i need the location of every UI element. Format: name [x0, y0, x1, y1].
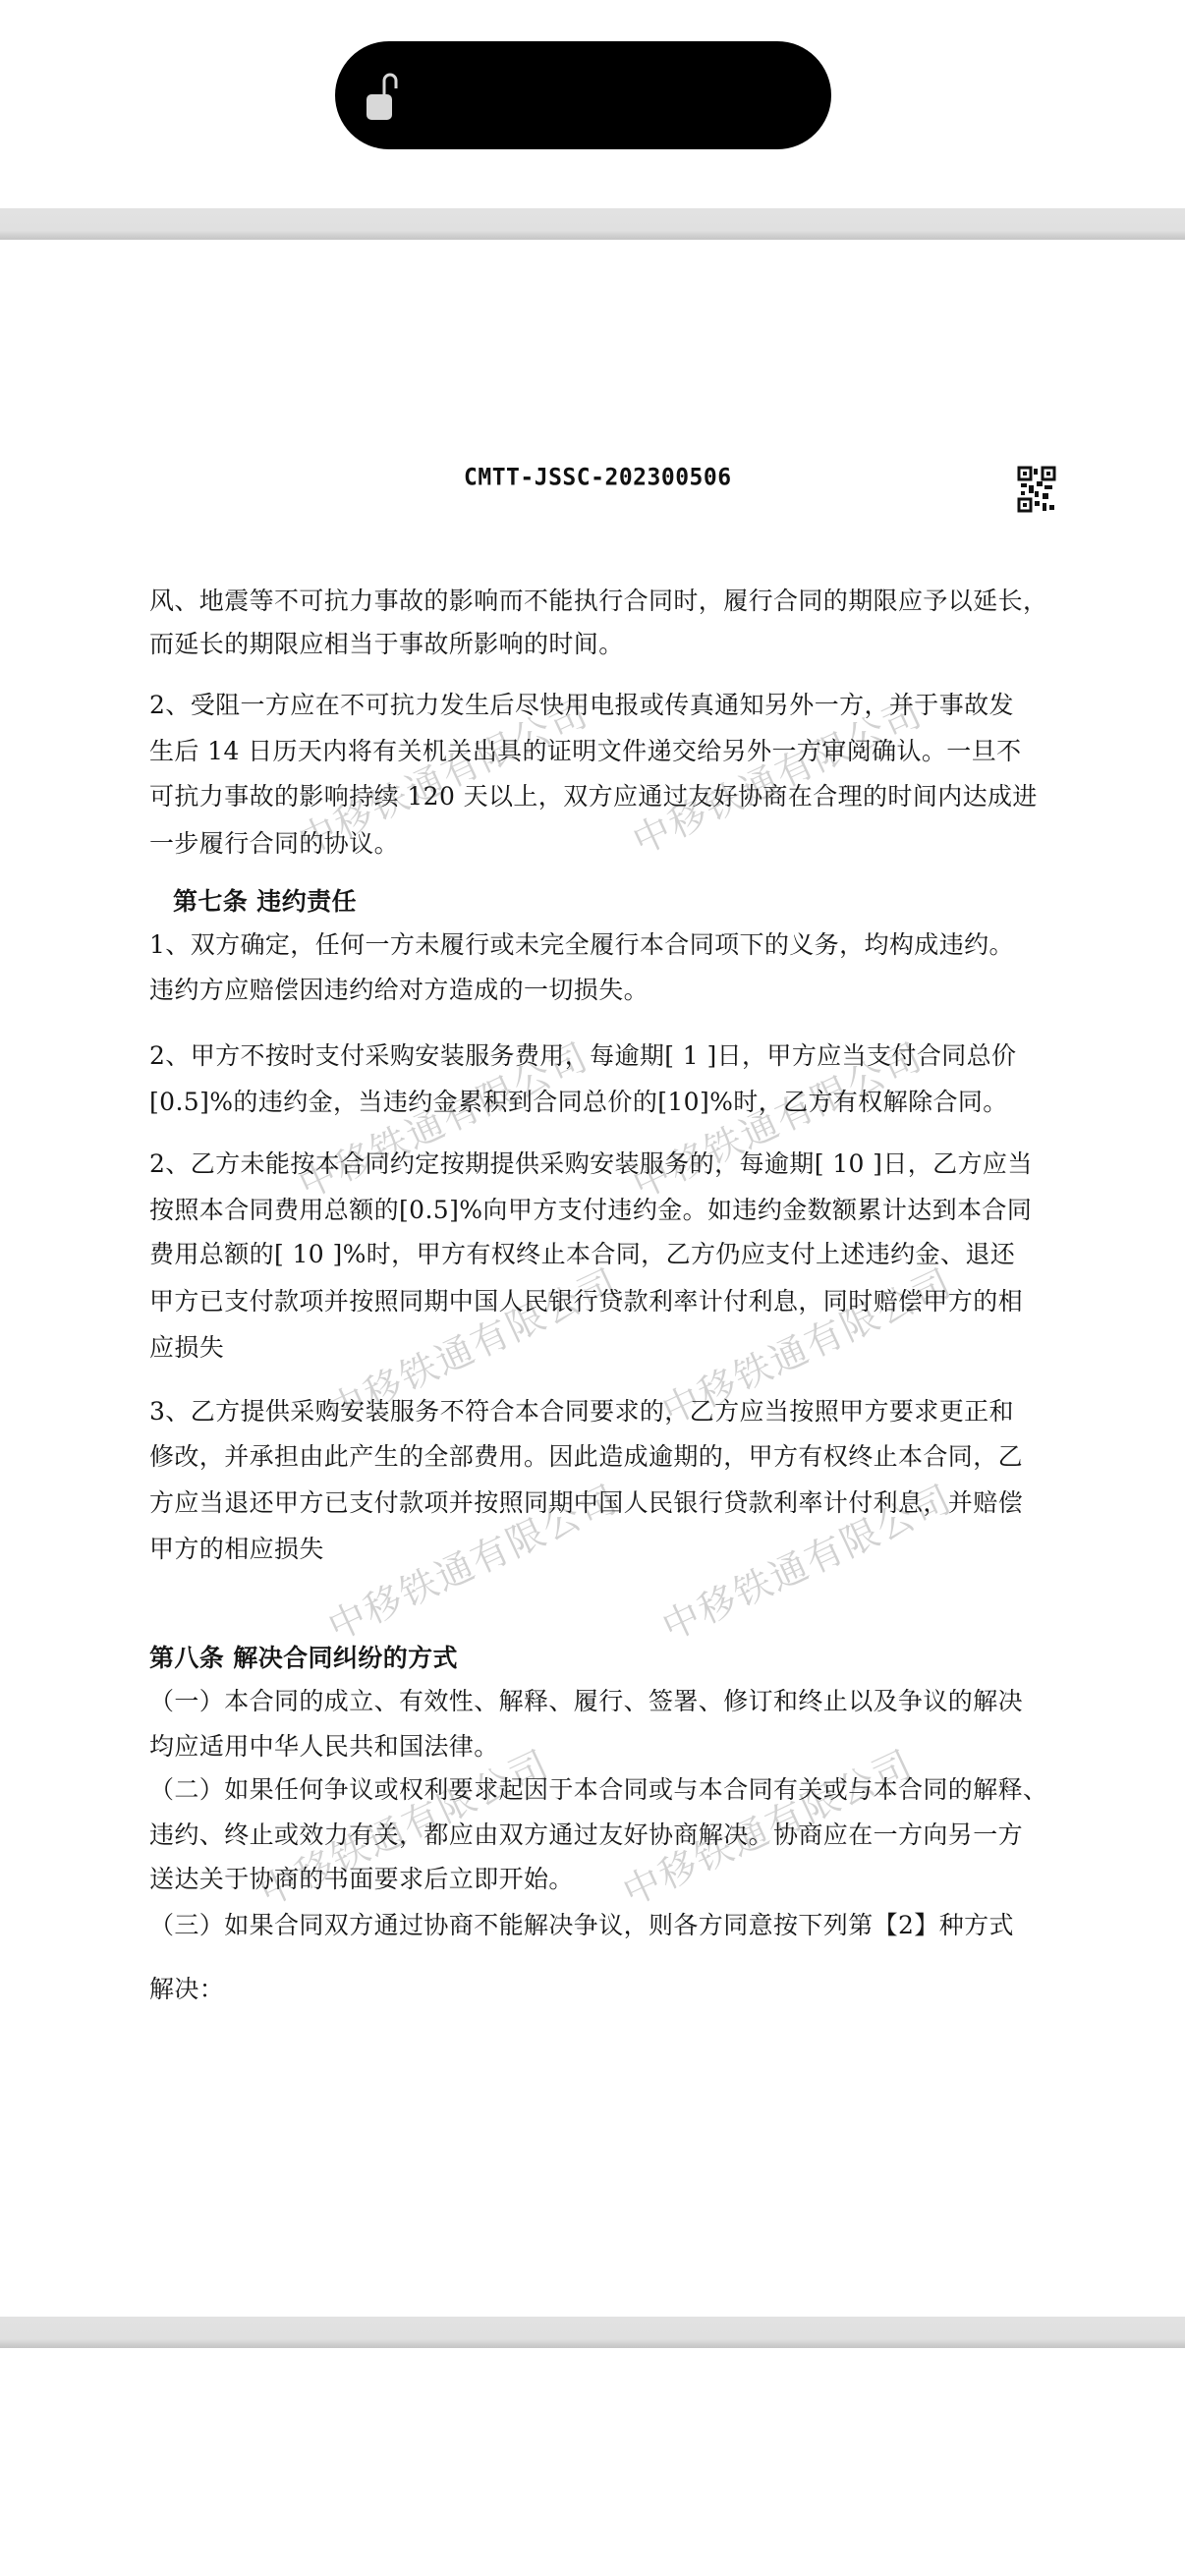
- body-line: 一步履行合同的协议。: [149, 828, 399, 860]
- body-line: 方应当退还甲方已支付款项并按照同期中国人民银行贷款利率计付利息，并赔偿: [149, 1487, 1023, 1519]
- document-code: CMTT-JSSC-202300506: [464, 464, 732, 490]
- body-line: （一）本合同的成立、有效性、解释、履行、签署、修订和终止以及争议的解决: [149, 1686, 1023, 1717]
- body-line: 送达关于协商的书面要求后立即开始。: [149, 1864, 574, 1895]
- body-line: 修改，并承担由此产生的全部费用。因此造成逾期的，甲方有权终止本合同，乙: [149, 1441, 1023, 1473]
- body-line: 甲方已支付款项并按照同期中国人民银行贷款利率计付利息，同时赔偿甲方的相: [149, 1286, 1023, 1317]
- body-line: 2、受阻一方应在不可抗力发生后尽快用电报或传真通知另外一方，并于事故发: [149, 690, 1014, 721]
- body-line: 2、甲方不按时支付采购安装服务费用，每逾期[ 1 ]日，甲方应当支付合同总价: [149, 1040, 1016, 1072]
- body-line: 2、乙方未能按本合同约定按期提供采购安装服务的，每逾期[ 10 ]日，乙方应当: [149, 1148, 1033, 1180]
- qr-code-icon: [1017, 466, 1056, 515]
- section-heading-article-7: 第七条 违约责任: [173, 886, 357, 918]
- body-line: 应损失: [149, 1332, 224, 1364]
- body-line: 解决：: [149, 1974, 224, 2005]
- dynamic-island: [335, 41, 831, 149]
- body-line: 生后 14 日历天内将有关机关出具的证明文件递交给另外一方审阅确认。一旦不: [149, 736, 1022, 767]
- body-line: 风、地震等不可抗力事故的影响而不能执行合同时，履行合同的期限应予以延长，: [149, 586, 1047, 617]
- body-line: 按照本合同费用总额的[0.5]%向甲方支付违约金。如违约金数额累计达到本合同: [149, 1195, 1032, 1226]
- page-separator-bottom: [0, 2317, 1185, 2348]
- body-line: （三）如果合同双方通过协商不能解决争议，则各方同意按下列第【2】种方式: [149, 1910, 1014, 1941]
- body-line: 1、双方确定，任何一方未履行或未完全履行本合同项下的义务，均构成违约。: [149, 929, 1014, 961]
- body-line: 3、乙方提供采购安装服务不符合本合同要求的，乙方应当按照甲方要求更正和: [149, 1396, 1014, 1428]
- body-line: 可抗力事故的影响持续 120 天以上，双方应通过友好协商在合理的时间内达成进: [149, 781, 1038, 812]
- body-line: 费用总额的[ 10 ]%时，甲方有权终止本合同，乙方仍应支付上述违约金、退还: [149, 1239, 1015, 1270]
- body-line: 违约、终止或效力有关，都应由双方通过友好协商解决。协商应在一方向另一方: [149, 1820, 1023, 1851]
- body-line: [0.5]%的违约金，当违约金累积到合同总价的[10]%时，乙方有权解除合同。: [149, 1087, 1008, 1118]
- body-line: 均应适用中华人民共和国法律。: [149, 1731, 499, 1763]
- body-line: 甲方的相应损失: [149, 1534, 324, 1565]
- page-separator-top: [0, 208, 1185, 240]
- body-line: 而延长的期限应相当于事故所影响的时间。: [149, 629, 624, 660]
- body-line: 违约方应赔偿因违约给对方造成的一切损失。: [149, 975, 649, 1006]
- unlocked-padlock-icon: [365, 71, 400, 120]
- body-line: （二）如果任何争议或权利要求起因于本合同或与本合同有关或与本合同的解释、: [149, 1774, 1047, 1806]
- section-heading-article-8: 第八条 解决合同纠纷的方式: [149, 1643, 458, 1674]
